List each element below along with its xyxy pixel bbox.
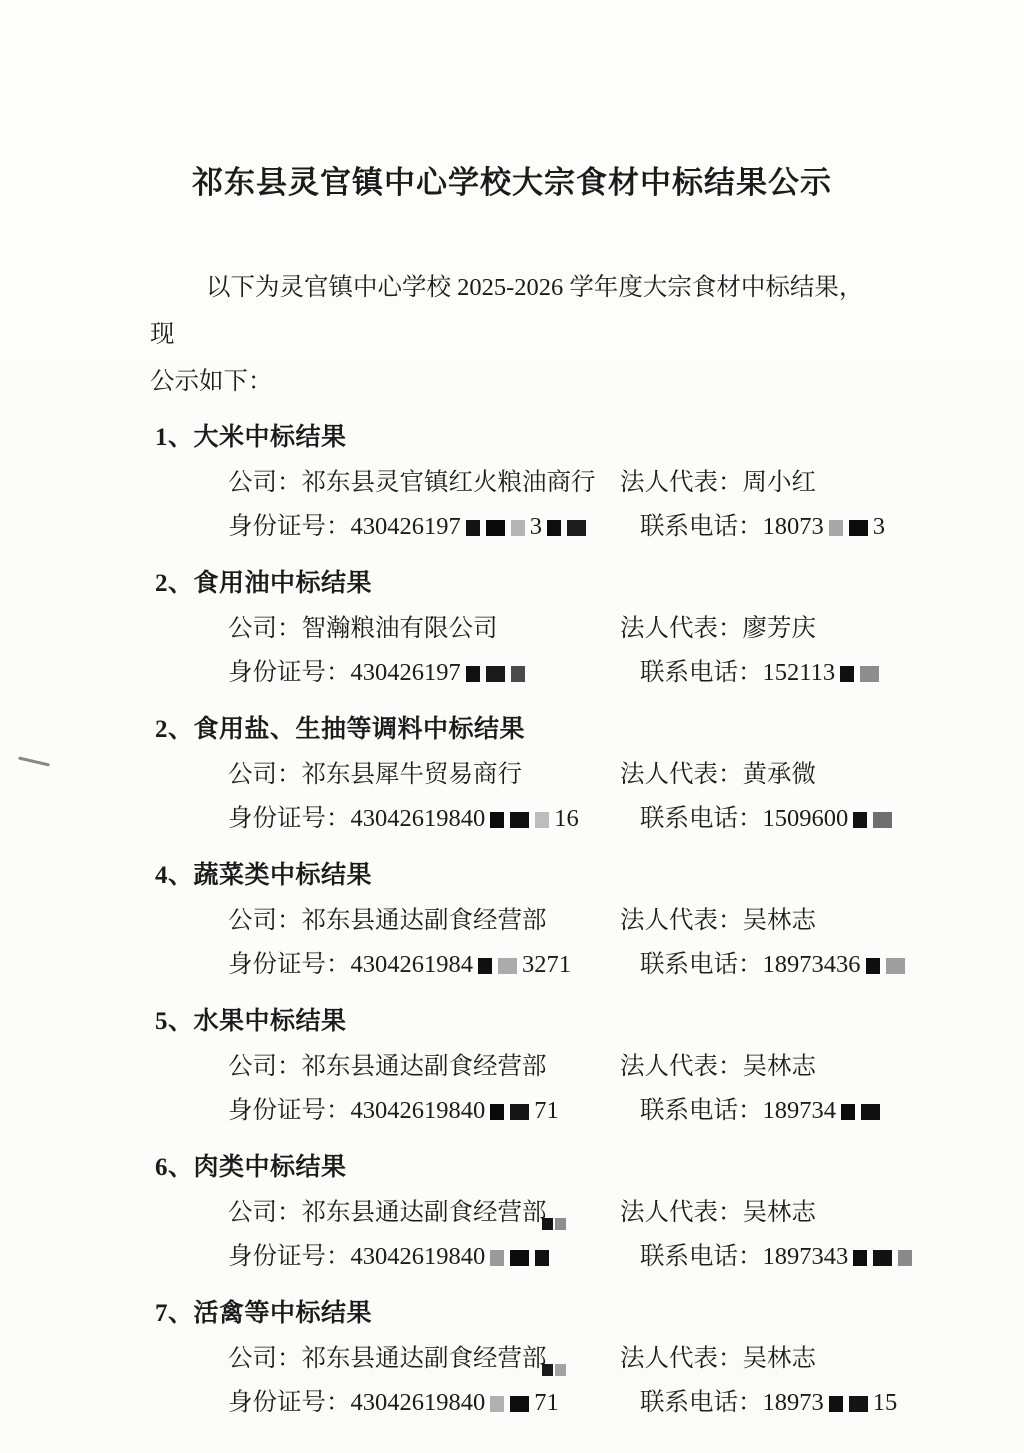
company-name: 祁东县通达副食经营部 [302, 907, 547, 934]
legal-name: 吴林志 [743, 1053, 817, 1080]
legal-label: 法人代表： [620, 1053, 743, 1080]
section-cooking-oil: 2、食用油中标结果 公司：智瀚粮油有限公司 法人代表：廖芳庆 身份证号：4304… [0, 564, 1024, 697]
legal-cell: 法人代表：吴林志 [620, 1045, 964, 1089]
company-label: 公司： [228, 1053, 302, 1080]
id-cell: 身份证号：4304261984071 [228, 1089, 640, 1135]
id-number: 43042619840 [351, 1243, 486, 1270]
company-label: 公司： [228, 907, 302, 934]
legal-cell: 法人代表：周小红 [620, 461, 964, 505]
id-row: 身份证号：430426197 联系电话：152113 [228, 651, 964, 697]
company-cell: 公司：祁东县通达副食经营部 [228, 1191, 620, 1235]
id-number-suffix: 3 [530, 513, 542, 540]
phone-cell: 联系电话：1897315 [640, 1381, 964, 1427]
id-number-suffix: 71 [534, 1097, 559, 1124]
legal-cell: 法人代表：黄承微 [620, 753, 964, 797]
id-number: 43042619840 [351, 1389, 486, 1416]
id-label: 身份证号： [228, 1097, 351, 1124]
id-row: 身份证号：4304261984071 联系电话：1897315 [228, 1381, 964, 1427]
section-fruit: 5、水果中标结果 公司：祁东县通达副食经营部 法人代表：吴林志 身份证号：430… [0, 1002, 1024, 1135]
phone-cell: 联系电话：1509600 [640, 797, 964, 843]
legal-label: 法人代表： [620, 907, 743, 934]
intro-paragraph: 以下为灵官镇中心学校 2025-2026 学年度大宗食材中标结果，现 公示如下： [150, 264, 886, 405]
intro-line-1: 以下为灵官镇中心学校 2025-2026 学年度大宗食材中标结果，现 [150, 264, 886, 358]
legal-cell: 法人代表：廖芳庆 [620, 607, 964, 651]
company-row: 公司：祁东县犀牛贸易商行 法人代表：黄承微 [228, 753, 964, 797]
company-name: 祁东县犀牛贸易商行 [302, 761, 523, 788]
phone-number: 1509600 [763, 805, 849, 832]
company-redaction [541, 1201, 567, 1245]
company-cell: 公司：祁东县通达副食经营部 [228, 899, 620, 943]
section-live-poultry: 7、活禽等中标结果 公司：祁东县通达副食经营部 法人代表：吴林志 身份证号：43… [0, 1294, 1024, 1427]
id-label: 身份证号： [228, 1389, 351, 1416]
company-label: 公司： [228, 615, 302, 642]
company-cell: 公司：祁东县灵官镇红火粮油商行 [228, 461, 620, 505]
company-name: 祁东县通达副食经营部 [302, 1199, 547, 1226]
phone-cell: 联系电话：18973436 [640, 943, 964, 989]
legal-name: 吴林志 [743, 1199, 817, 1226]
company-cell: 公司：祁东县犀牛贸易商行 [228, 753, 620, 797]
phone-redaction [826, 507, 871, 551]
phone-label: 联系电话： [640, 805, 763, 832]
section-heading: 5、水果中标结果 [155, 1002, 1024, 1042]
section-meat: 6、肉类中标结果 公司：祁东县通达副食经营部 法人代表：吴林志 身份证号：430… [0, 1148, 1024, 1281]
legal-label: 法人代表： [620, 1199, 743, 1226]
intro-line-2: 公示如下： [150, 358, 886, 405]
company-label: 公司： [228, 761, 302, 788]
id-row: 身份证号：4304261984071 联系电话：189734 [228, 1089, 964, 1135]
company-redaction [541, 1347, 567, 1391]
company-name: 祁东县通达副食经营部 [302, 1345, 547, 1372]
phone-number: 189734 [763, 1097, 837, 1124]
id-number-suffix: 3271 [522, 951, 571, 978]
id-label: 身份证号： [228, 805, 351, 832]
company-label: 公司： [228, 1199, 302, 1226]
id-number-suffix: 16 [554, 805, 579, 832]
company-row: 公司：祁东县通达副食经营部 法人代表：吴林志 [228, 1337, 964, 1381]
phone-redaction [850, 799, 895, 843]
section-rice: 1、大米中标结果 公司：祁东县灵官镇红火粮油商行 法人代表：周小红 身份证号：4… [0, 418, 1024, 551]
company-cell: 公司：智瀚粮油有限公司 [228, 607, 620, 651]
section-heading: 4、蔬菜类中标结果 [155, 856, 1024, 896]
id-number: 4304261984 [351, 951, 474, 978]
company-name: 智瀚粮油有限公司 [302, 615, 498, 642]
legal-name: 吴林志 [743, 907, 817, 934]
section-salt-seasoning: 2、食用盐、生抽等调料中标结果 公司：祁东县犀牛贸易商行 法人代表：黄承微 身份… [0, 710, 1024, 843]
legal-name: 吴林志 [743, 1345, 817, 1372]
company-row: 公司：祁东县通达副食经营部 法人代表：吴林志 [228, 899, 964, 943]
section-heading: 6、肉类中标结果 [155, 1148, 1024, 1188]
id-label: 身份证号： [228, 951, 351, 978]
id-label: 身份证号： [228, 1243, 351, 1270]
id-cell: 身份证号：43042619840 [228, 1235, 640, 1281]
company-row: 公司：祁东县灵官镇红火粮油商行 法人代表：周小红 [228, 461, 964, 505]
phone-number-suffix: 3 [873, 513, 885, 540]
id-number: 43042619840 [351, 805, 486, 832]
id-number: 430426197 [351, 659, 461, 686]
legal-label: 法人代表： [620, 469, 743, 496]
id-redaction [463, 653, 528, 697]
id-row: 身份证号：4304261973 联系电话：180733 [228, 505, 964, 551]
phone-redaction [826, 1383, 871, 1427]
phone-number: 152113 [763, 659, 836, 686]
company-row: 公司：祁东县通达副食经营部 法人代表：吴林志 [228, 1191, 964, 1235]
company-label: 公司： [228, 469, 302, 496]
section-heading: 1、大米中标结果 [155, 418, 1024, 458]
section-vegetables: 4、蔬菜类中标结果 公司：祁东县通达副食经营部 法人代表：吴林志 身份证号：43… [0, 856, 1024, 989]
id-redaction-2 [544, 507, 589, 551]
phone-redaction [837, 653, 882, 697]
legal-name: 黄承微 [743, 761, 817, 788]
id-cell: 身份证号：4304261984071 [228, 1381, 640, 1427]
id-number: 430426197 [351, 513, 461, 540]
company-row: 公司：祁东县通达副食经营部 法人代表：吴林志 [228, 1045, 964, 1089]
id-row: 身份证号：43042619843271 联系电话：18973436 [228, 943, 964, 989]
phone-number: 1897343 [763, 1243, 849, 1270]
company-cell: 公司：祁东县通达副食经营部 [228, 1337, 620, 1381]
phone-number: 18973 [763, 1389, 824, 1416]
id-label: 身份证号： [228, 659, 351, 686]
id-row: 身份证号：4304261984016 联系电话：1509600 [228, 797, 964, 843]
company-label: 公司： [228, 1345, 302, 1372]
phone-label: 联系电话： [640, 513, 763, 540]
phone-number: 18073 [763, 513, 824, 540]
document-title: 祁东县灵官镇中心学校大宗食材中标结果公示 [0, 152, 1024, 214]
company-cell: 公司：祁东县通达副食经营部 [228, 1045, 620, 1089]
section-heading: 2、食用油中标结果 [155, 564, 1024, 604]
phone-label: 联系电话： [640, 659, 763, 686]
phone-label: 联系电话： [640, 1243, 763, 1270]
id-cell: 身份证号：43042619843271 [228, 943, 640, 989]
legal-name: 廖芳庆 [743, 615, 817, 642]
id-cell: 身份证号：4304261973 [228, 505, 640, 551]
phone-label: 联系电话： [640, 1097, 763, 1124]
legal-label: 法人代表： [620, 1345, 743, 1372]
phone-cell: 联系电话：189734 [640, 1089, 964, 1135]
legal-name: 周小红 [743, 469, 817, 496]
phone-redaction [838, 1091, 883, 1135]
section-heading: 2、食用盐、生抽等调料中标结果 [155, 710, 1024, 750]
id-label: 身份证号： [228, 513, 351, 540]
legal-cell: 法人代表：吴林志 [620, 1191, 964, 1235]
phone-cell: 联系电话：180733 [640, 505, 964, 551]
phone-cell: 联系电话：1897343 [640, 1235, 964, 1281]
id-redaction [487, 1383, 532, 1427]
company-name: 祁东县通达副食经营部 [302, 1053, 547, 1080]
id-redaction [487, 1091, 532, 1135]
phone-number-suffix: 15 [873, 1389, 898, 1416]
id-redaction [487, 799, 552, 843]
phone-cell: 联系电话：152113 [640, 651, 964, 697]
phone-number: 18973436 [763, 951, 861, 978]
legal-cell: 法人代表：吴林志 [620, 1337, 964, 1381]
legal-cell: 法人代表：吴林志 [620, 899, 964, 943]
id-row: 身份证号：43042619840 联系电话：1897343 [228, 1235, 964, 1281]
company-row: 公司：智瀚粮油有限公司 法人代表：廖芳庆 [228, 607, 964, 651]
phone-redaction [850, 1237, 915, 1281]
id-number: 43042619840 [351, 1097, 486, 1124]
phone-label: 联系电话： [640, 951, 763, 978]
legal-label: 法人代表： [620, 761, 743, 788]
phone-label: 联系电话： [640, 1389, 763, 1416]
id-redaction [475, 945, 520, 989]
document-page: 祁东县灵官镇中心学校大宗食材中标结果公示 以下为灵官镇中心学校 2025-202… [0, 0, 1024, 1453]
id-cell: 身份证号：430426197 [228, 651, 640, 697]
id-redaction [463, 507, 528, 551]
section-heading: 7、活禽等中标结果 [155, 1294, 1024, 1334]
phone-redaction [863, 945, 908, 989]
company-name: 祁东县灵官镇红火粮油商行 [302, 469, 596, 496]
id-number-suffix: 71 [534, 1389, 559, 1416]
legal-label: 法人代表： [620, 615, 743, 642]
sections-list: 1、大米中标结果 公司：祁东县灵官镇红火粮油商行 法人代表：周小红 身份证号：4… [0, 418, 1024, 1427]
id-cell: 身份证号：4304261984016 [228, 797, 640, 843]
